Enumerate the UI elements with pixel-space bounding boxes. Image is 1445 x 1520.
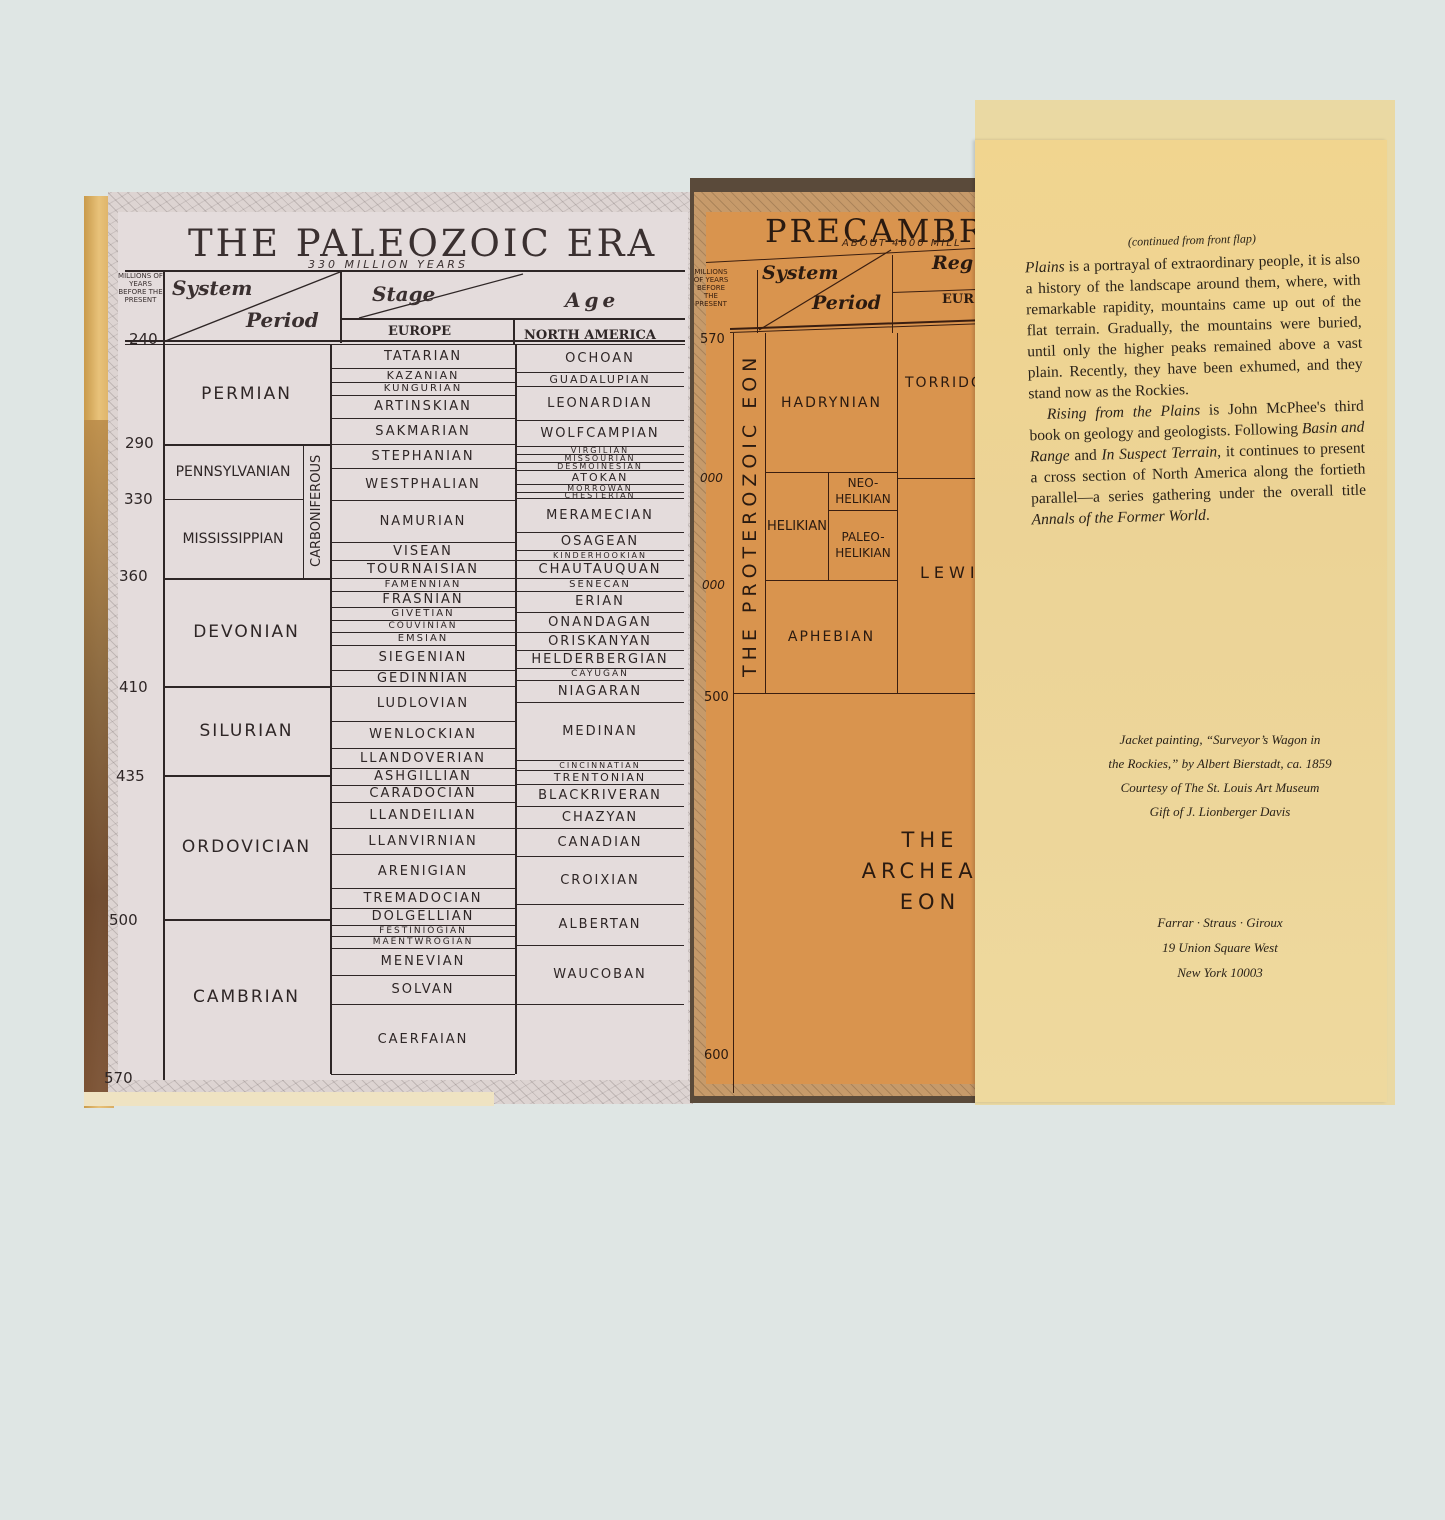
north-america-age: OCHOAN bbox=[516, 344, 684, 372]
period-cambrian: CAMBRIAN bbox=[163, 919, 330, 1074]
north-america-age: MERAMECIAN bbox=[516, 498, 684, 532]
north-america-age: NIAGARAN bbox=[516, 680, 684, 702]
europe-header: EUROPE bbox=[388, 324, 451, 339]
europe-stage: SIEGENIAN bbox=[331, 645, 515, 670]
europe-stage: COUVINIAN bbox=[331, 620, 515, 632]
europe-stage: CAERFAIAN bbox=[331, 1004, 515, 1074]
europe-stage: SAKMARIAN bbox=[331, 418, 515, 444]
credit-line: the Rockies,” by Albert Bierstadt, ca. 1… bbox=[1070, 752, 1370, 776]
publisher-address: 19 Union Square West bbox=[1070, 935, 1370, 960]
europe-torridonian: TORRIDO bbox=[905, 375, 984, 391]
north-america-age: ERIAN bbox=[516, 591, 684, 612]
year-label: 240 bbox=[129, 330, 158, 348]
europe-stage: FRASNIAN bbox=[331, 591, 515, 607]
europe-stage: KAZANIAN bbox=[331, 368, 515, 382]
europe-stage: KUNGURIAN bbox=[331, 382, 515, 395]
stage-header: Stage bbox=[372, 282, 435, 306]
blurb-paragraph-1: Plains is a portrayal of extraordinary p… bbox=[1025, 249, 1364, 405]
north-america-age: CHAUTAUQUAN bbox=[516, 560, 684, 578]
north-america-age: ONANDAGAN bbox=[516, 612, 684, 632]
europe-stage: NAMURIAN bbox=[331, 500, 515, 542]
north-america-age: BLACKRIVERAN bbox=[516, 784, 684, 806]
pre-system-header: System bbox=[762, 262, 838, 284]
north-america-age: ORISKANYAN bbox=[516, 632, 684, 650]
period-devonian: DEVONIAN bbox=[163, 578, 330, 686]
north-america-age: WAUCOBAN bbox=[516, 945, 684, 1004]
north-america-age: GUADALUPIAN bbox=[516, 372, 684, 386]
europe-stage: ASHGILLIAN bbox=[331, 768, 515, 785]
north-america-age: KINDERHOOKIAN bbox=[516, 550, 684, 560]
pre-year-label: 500 bbox=[704, 690, 729, 705]
europe-stage: FESTINIOGIAN bbox=[331, 925, 515, 936]
north-america-age: DESMOINESIAN bbox=[516, 462, 684, 470]
north-america-age: WOLFCAMPIAN bbox=[516, 420, 684, 446]
system-header: System bbox=[172, 276, 252, 300]
period-neo-helikian: NEO-HELIKIAN bbox=[828, 472, 898, 510]
europe-stage: CARADOCIAN bbox=[331, 785, 515, 802]
europe-stage: ARENIGIAN bbox=[331, 854, 515, 888]
europe-stage: FAMENNIAN bbox=[331, 578, 515, 591]
north-america-age: MEDINAN bbox=[516, 702, 684, 760]
years-header-note: MILLIONS OF YEARS BEFORE THE PRESENT bbox=[118, 272, 163, 304]
credit-line: Gift of J. Lionberger Davis bbox=[1070, 800, 1370, 824]
europe-stage: STEPHANIAN bbox=[331, 444, 515, 468]
europe-stage: LLANVIRNIAN bbox=[331, 828, 515, 854]
pre-year-label: 000 bbox=[702, 578, 725, 592]
blurb-paragraph-2: Rising from the Plains is John McPhee's … bbox=[1029, 396, 1367, 531]
pre-years-header-note: MILLIONS OF YEARS BEFORE THE PRESENT bbox=[693, 268, 729, 308]
period-mississippian: MISSISSIPPIAN bbox=[163, 499, 303, 578]
pre-period-header: Period bbox=[812, 292, 881, 314]
europe-stage: SOLVAN bbox=[331, 975, 515, 1004]
europe-stage: EMSIAN bbox=[331, 632, 515, 645]
year-label: 410 bbox=[119, 678, 148, 696]
pre-year-label: 570 bbox=[700, 332, 725, 347]
period-silurian: SILURIAN bbox=[163, 686, 330, 775]
north-america-age: LEONARDIAN bbox=[516, 386, 684, 420]
pre-year-label: 600 bbox=[704, 1048, 729, 1063]
europe-stage: WESTPHALIAN bbox=[331, 468, 515, 500]
period-permian: PERMIAN bbox=[163, 344, 330, 444]
north-america-age: ALBERTAN bbox=[516, 904, 684, 945]
north-america-age: ATOKAN bbox=[516, 470, 684, 484]
age-header: Age bbox=[565, 288, 619, 312]
north-america-age: OSAGEAN bbox=[516, 532, 684, 550]
publisher-city: New York 10003 bbox=[1070, 960, 1370, 985]
north-america-age: CANADIAN bbox=[516, 828, 684, 856]
north-america-age: TRENTONIAN bbox=[516, 770, 684, 784]
year-label: 435 bbox=[116, 767, 145, 785]
period-ordovician: ORDOVICIAN bbox=[163, 775, 330, 919]
year-label: 360 bbox=[119, 567, 148, 585]
flap-blurb: (continued from front flap) Plains is a … bbox=[1024, 226, 1367, 531]
europe-stage: LUDLOVIAN bbox=[331, 686, 515, 721]
europe-stage: LLANDEILIAN bbox=[331, 802, 515, 828]
year-label: 290 bbox=[125, 434, 154, 452]
period-header: Period bbox=[246, 308, 319, 332]
pre-year-label: 000 bbox=[700, 471, 723, 485]
europe-stage: VISEAN bbox=[331, 542, 515, 560]
europe-stage: DOLGELLIAN bbox=[331, 908, 515, 925]
north-america-age: CINCINNATIAN bbox=[516, 760, 684, 770]
period-carboniferous: CARBONIFEROUS bbox=[303, 444, 330, 578]
europe-stage: WENLOCKIAN bbox=[331, 721, 515, 748]
period-helikian: HELIKIAN bbox=[766, 472, 828, 580]
pre-europe-header: EUR bbox=[942, 292, 974, 307]
jacket-painting-credit: Jacket painting, “Surveyor’s Wagon in th… bbox=[1070, 728, 1370, 824]
europe-stage: MENEVIAN bbox=[331, 948, 515, 975]
north-america-age: CROIXIAN bbox=[516, 856, 684, 904]
jacket-bottom-edge bbox=[84, 1092, 494, 1106]
year-label: 500 bbox=[109, 911, 138, 929]
proterozoic-eon-label: THE PROTEROZOIC EON bbox=[736, 340, 764, 690]
europe-stage: GIVETIAN bbox=[331, 607, 515, 620]
europe-lewisian: LEWI bbox=[920, 563, 980, 582]
europe-stage: MAENTWROGIAN bbox=[331, 936, 515, 948]
publisher-name: Farrar · Straus · Giroux bbox=[1070, 910, 1370, 935]
year-label: 330 bbox=[124, 490, 153, 508]
north-america-age: SENECAN bbox=[516, 578, 684, 591]
pre-region-header: Reg bbox=[932, 252, 973, 274]
europe-stage: TOURNAISIAN bbox=[331, 560, 515, 578]
pre-header-diagonal bbox=[757, 244, 897, 334]
period-paleo-helikian: PALEO-HELIKIAN bbox=[828, 510, 898, 580]
europe-stage: LLANDOVERIAN bbox=[331, 748, 515, 768]
credit-line: Jacket painting, “Surveyor’s Wagon in bbox=[1070, 728, 1370, 752]
europe-stage: TREMADOCIAN bbox=[331, 888, 515, 908]
publisher-info: Farrar · Straus · Giroux 19 Union Square… bbox=[1070, 910, 1370, 985]
europe-stage: ARTINSKIAN bbox=[331, 395, 515, 418]
credit-line: Courtesy of The St. Louis Art Museum bbox=[1070, 776, 1370, 800]
europe-stage: GEDINNIAN bbox=[331, 670, 515, 686]
year-label: 570 bbox=[104, 1069, 133, 1087]
north-america-header: NORTH AMERICA bbox=[524, 328, 656, 343]
period-hadrynian: HADRYNIAN bbox=[766, 333, 897, 472]
north-america-age: HELDERBERGIAN bbox=[516, 650, 684, 668]
period-pennsylvanian: PENNSYLVANIAN bbox=[163, 444, 303, 499]
europe-stage: TATARIAN bbox=[331, 344, 515, 368]
period-aphebian: APHEBIAN bbox=[766, 580, 897, 693]
north-america-age: CAYUGAN bbox=[516, 668, 684, 680]
north-america-age: CHAZYAN bbox=[516, 806, 684, 828]
